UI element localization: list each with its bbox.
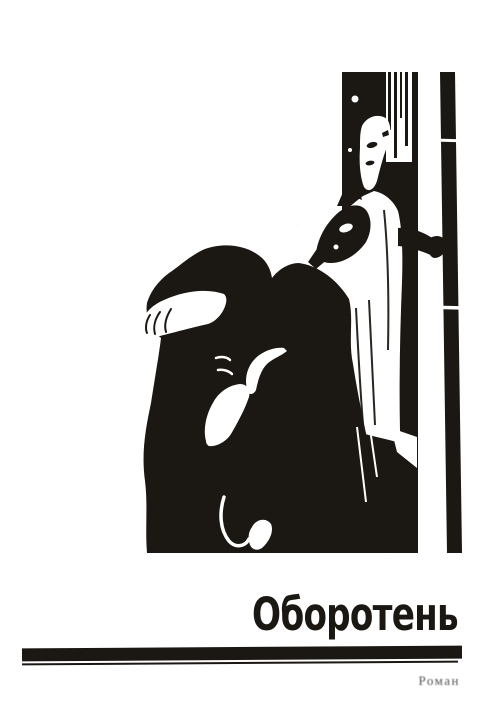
book-title: Оборотень [252,588,458,641]
divider [22,646,462,666]
divider-bar [22,646,462,662]
book-title-page: Оборотень Роман [0,0,491,709]
genre-label: Роман [418,673,460,689]
photocopy-grain [140,70,462,556]
